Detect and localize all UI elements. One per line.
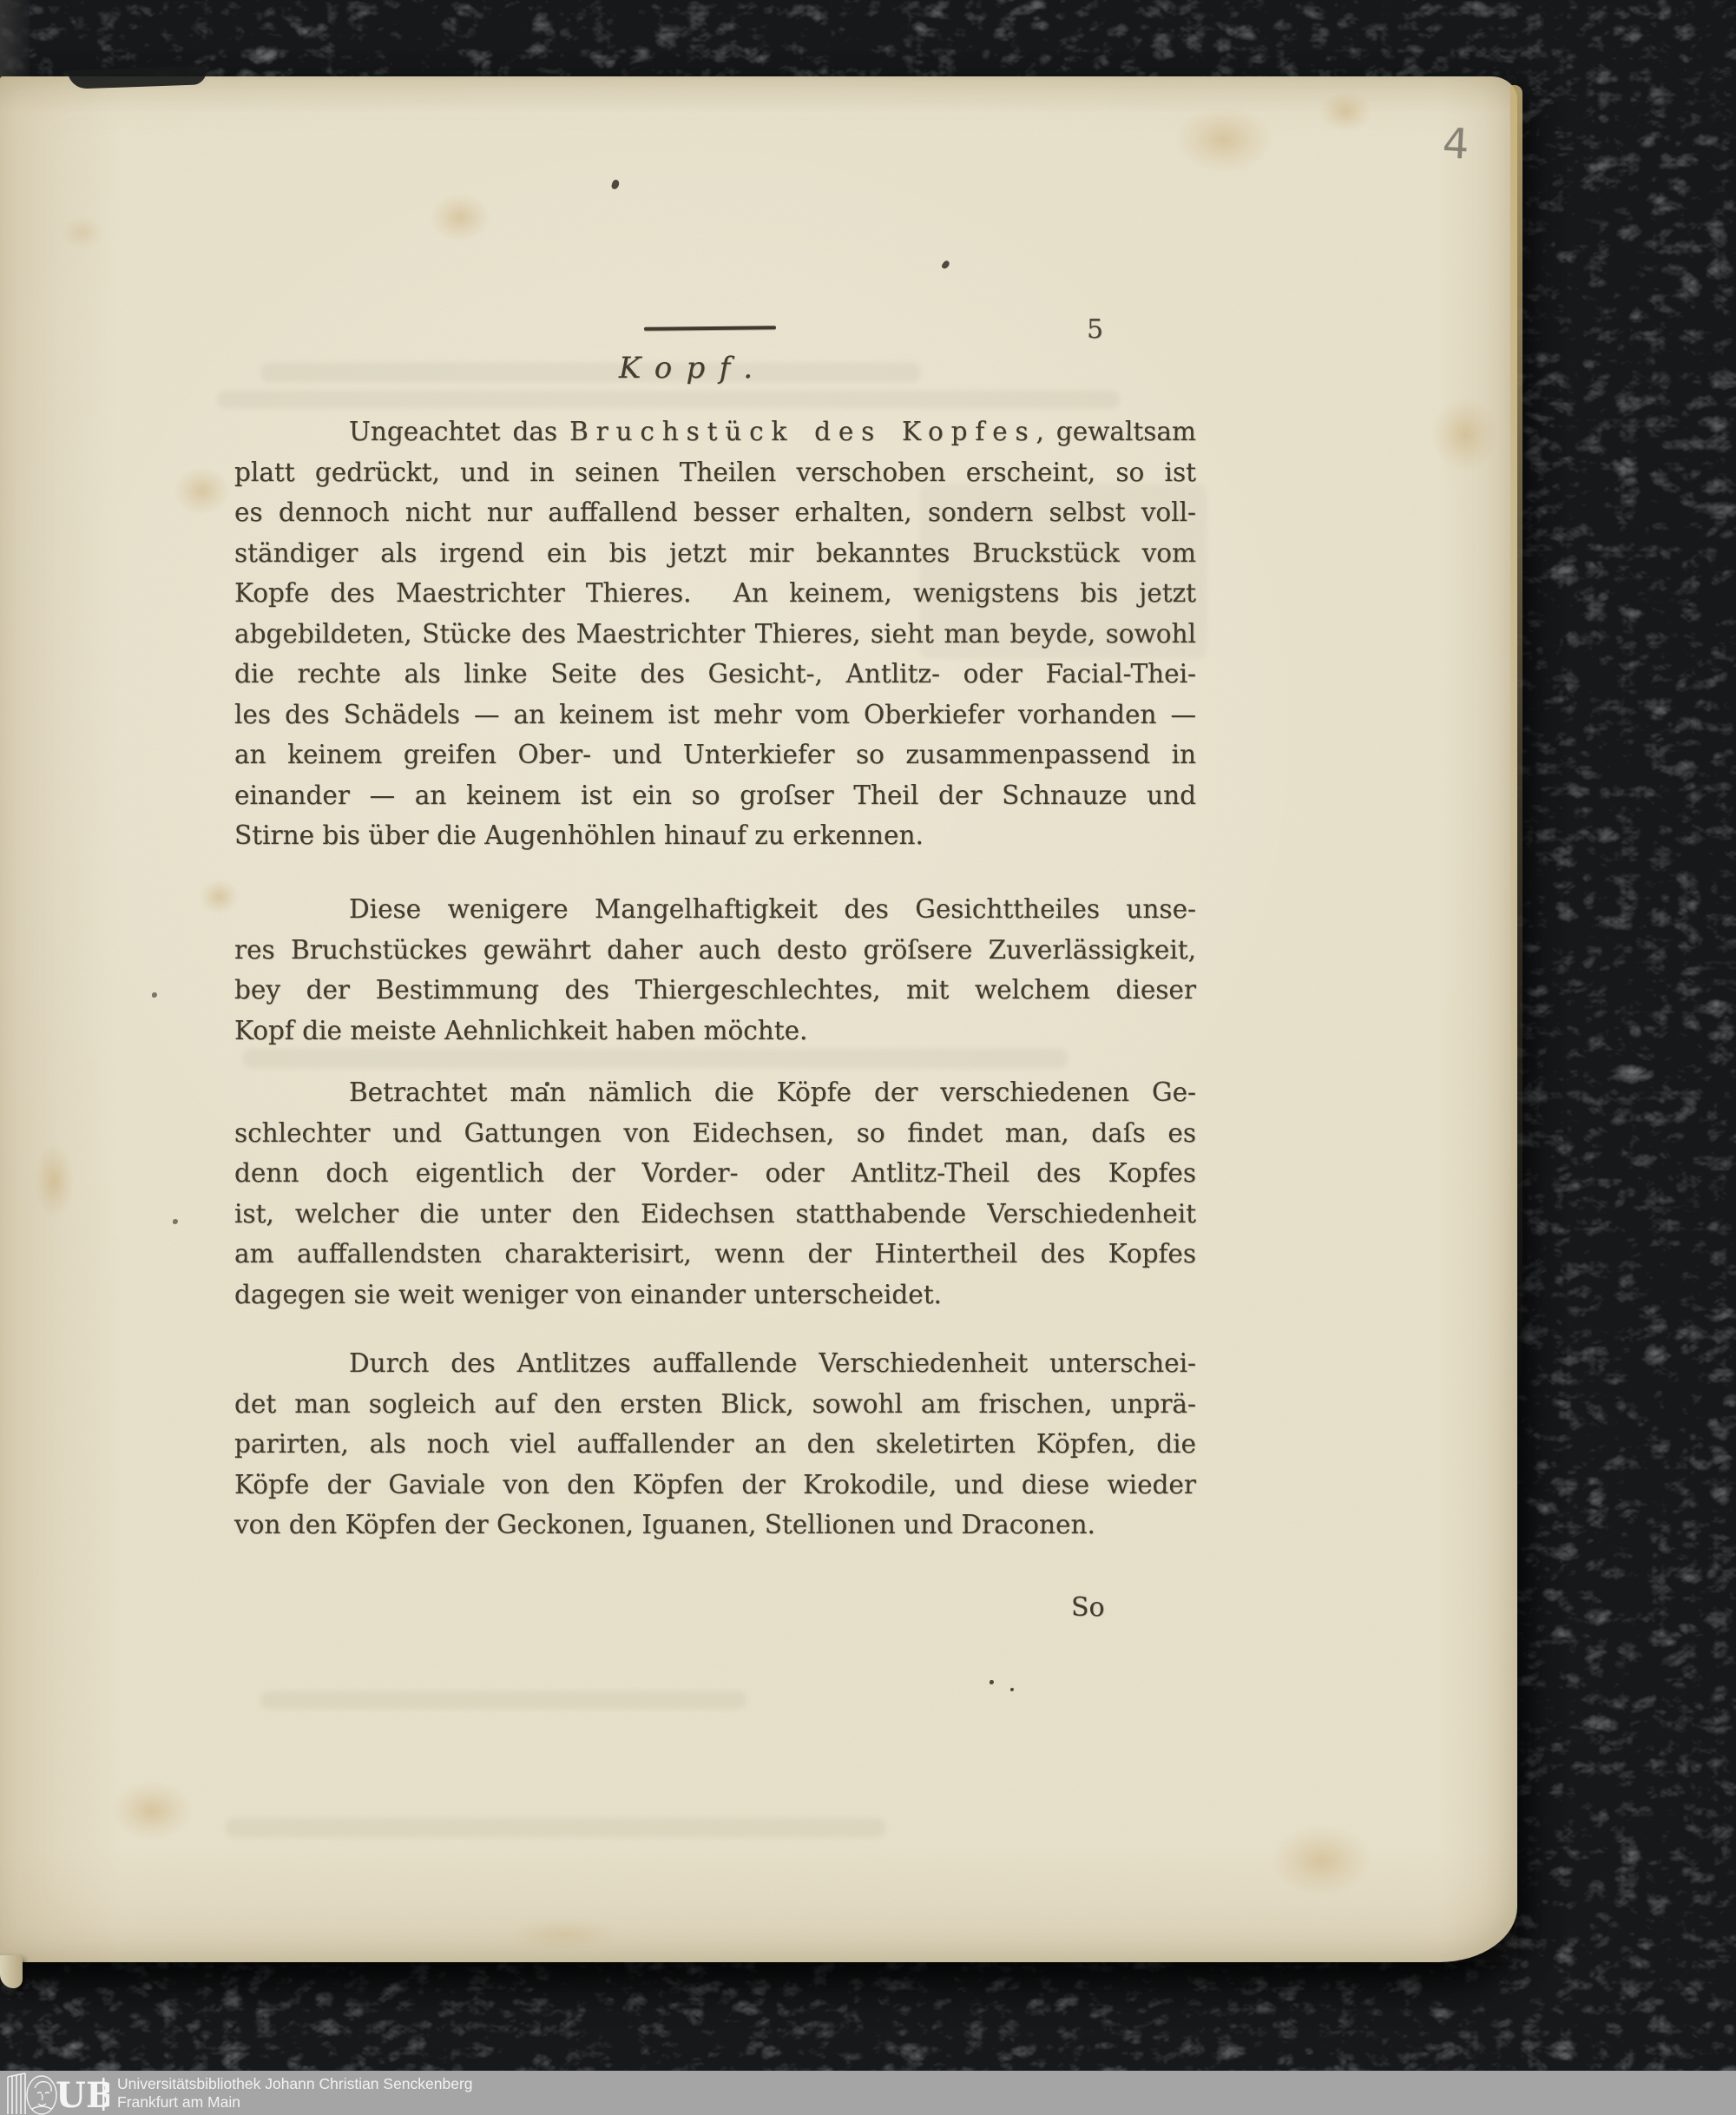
senckenberg-portrait-icon bbox=[27, 2076, 56, 2114]
text-run-letterspaced: Bruchstück des Kopfes bbox=[569, 417, 1036, 446]
paragraph: Durch des Antlitzes auffallende Verschie… bbox=[234, 1343, 1196, 1545]
underlying-page-corner bbox=[0, 1955, 23, 1988]
text-line: Kopf die meiste Aehnlichkeit haben möcht… bbox=[234, 1011, 1196, 1051]
show-through bbox=[920, 484, 1207, 658]
book-fan-icon bbox=[8, 2073, 25, 2114]
folio-annotation: 4 bbox=[1442, 119, 1470, 169]
text-line: parirten, als noch viel auffallender an … bbox=[234, 1424, 1196, 1465]
foxing-stain bbox=[174, 467, 230, 515]
catchword: So bbox=[1071, 1592, 1105, 1623]
show-through bbox=[260, 1691, 746, 1709]
book-page: 4 5 Kopf. Ungeachtet das Bruchstück des … bbox=[0, 76, 1517, 1962]
paragraph: Diese wenigere Mangelhaftigkeit des Gesi… bbox=[234, 889, 1196, 1051]
text-line: die rechte als linke Seite des Gesicht-,… bbox=[234, 654, 1196, 695]
library-footer-bar: UB Universitätsbibliothek Johann Christi… bbox=[0, 2071, 1736, 2115]
text-run: Ungeachtet das bbox=[349, 417, 569, 446]
ink-speck bbox=[152, 992, 157, 998]
text-line: schlechter und Gattungen von Eidechsen, … bbox=[234, 1113, 1196, 1154]
ink-speck bbox=[941, 260, 950, 270]
library-city: Frankfurt am Main bbox=[117, 2093, 473, 2112]
foxing-stain bbox=[61, 215, 104, 250]
library-name: Universitätsbibliothek Johann Christian … bbox=[117, 2075, 473, 2093]
ink-speck bbox=[173, 1219, 178, 1224]
ink-speck bbox=[1010, 1688, 1014, 1691]
text-line: einander — an keinem ist ein so groſser … bbox=[234, 775, 1196, 816]
ink-speck bbox=[990, 1680, 994, 1684]
page-fore-edge bbox=[1510, 85, 1522, 1387]
ub-logo-text: UB bbox=[56, 2075, 109, 2115]
text-line: am auffallendsten charakterisirt, wenn d… bbox=[234, 1234, 1196, 1275]
text-line: Köpfe der Gaviale von den Köpfen der Kro… bbox=[234, 1465, 1196, 1506]
scan-root: 4 5 Kopf. Ungeachtet das Bruchstück des … bbox=[0, 0, 1736, 2115]
text-line: les des Schädels — an keinem ist mehr vo… bbox=[234, 695, 1196, 735]
text-line: Ungeachtet das Bruchstück des Kopfes, ge… bbox=[234, 412, 1196, 452]
text-line: bey der Bestimmung des Thiergeschlechtes… bbox=[234, 970, 1196, 1011]
show-through bbox=[243, 1049, 1068, 1068]
text-run: , gewaltsam bbox=[1036, 417, 1196, 446]
foxing-stain bbox=[1319, 92, 1371, 131]
foxing-stain bbox=[1176, 107, 1272, 172]
text-line: Durch des Antlitzes auffallende Verschie… bbox=[234, 1343, 1196, 1384]
show-through bbox=[226, 1818, 885, 1837]
text-line: ist, welcher die unter den Eidechsen sta… bbox=[234, 1194, 1196, 1235]
text-line: dagegen sie weit weniger von einander un… bbox=[234, 1275, 1196, 1315]
foxing-stain bbox=[200, 880, 239, 914]
foxing-stain bbox=[113, 1782, 191, 1839]
text-line: Betrachtet man nämlich die Köpfe der ver… bbox=[234, 1072, 1196, 1113]
text-line: Diese wenigere Mangelhaftigkeit des Gesi… bbox=[234, 889, 1196, 930]
text-line: res Bruchstückes gewährt daher auch dest… bbox=[234, 930, 1196, 971]
text-line: Stirne bis über die Augenhöhlen hinauf z… bbox=[234, 815, 1196, 856]
foxing-stain bbox=[508, 1917, 621, 1952]
show-through bbox=[260, 363, 920, 382]
text-line: von den Köpfen der Geckonen, Iguanen, St… bbox=[234, 1505, 1196, 1545]
foxing-stain bbox=[1272, 1826, 1371, 1895]
page-number: 5 bbox=[1087, 314, 1103, 345]
logo-divider bbox=[102, 2078, 105, 2111]
foxing-stain bbox=[1432, 398, 1497, 471]
show-through bbox=[217, 391, 1120, 408]
paragraph: Betrachtet man nämlich die Köpfe der ver… bbox=[234, 1072, 1196, 1314]
ub-logo-icon: UB bbox=[3, 2071, 109, 2115]
text-line: an keinem greifen Ober- und Unterkiefer … bbox=[234, 735, 1196, 775]
foxing-stain bbox=[35, 1144, 74, 1218]
ink-speck bbox=[611, 179, 621, 190]
text-line: det man sogleich auf den ersten Blick, s… bbox=[234, 1384, 1196, 1425]
heading-rule bbox=[644, 326, 776, 331]
foxing-stain bbox=[430, 194, 490, 241]
text-line: denn doch eigentlich der Vorder- oder An… bbox=[234, 1153, 1196, 1194]
